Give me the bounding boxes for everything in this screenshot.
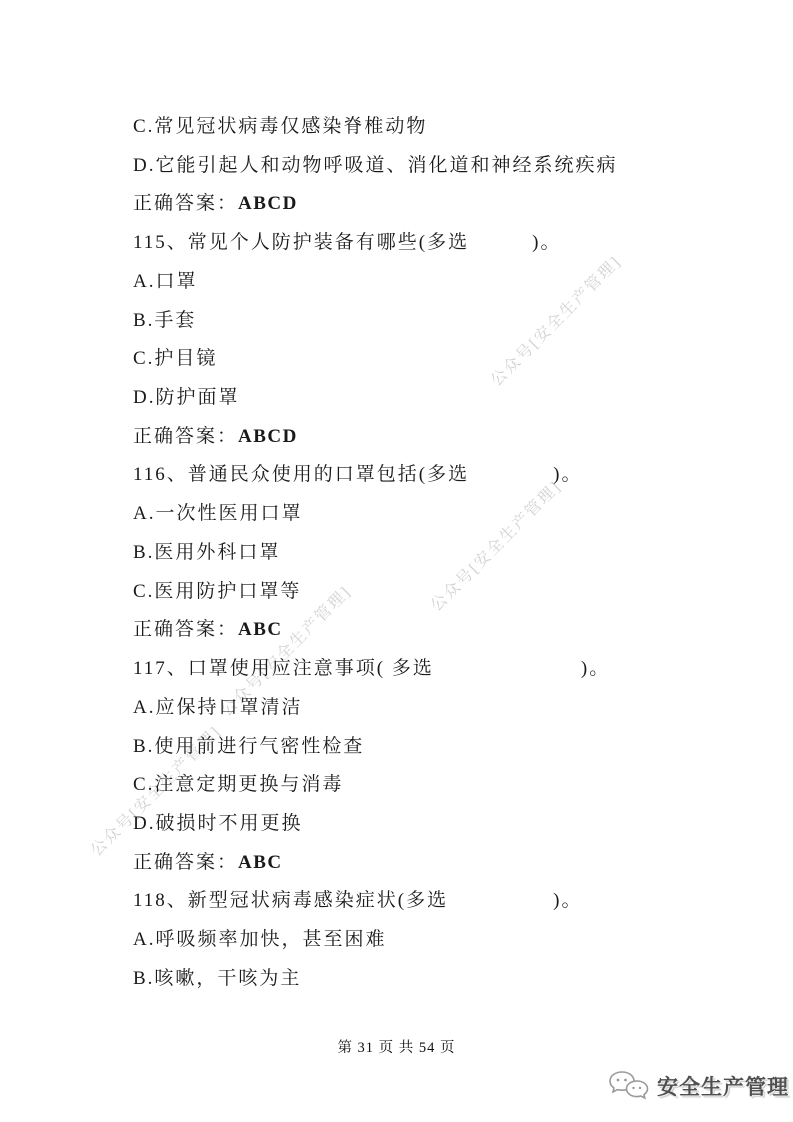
text-line-text: A.应保持口罩清洁 <box>133 697 302 718</box>
text-line: B.使用前进行气密性检查 <box>133 736 364 758</box>
text-line: 正确答案：ABC <box>133 619 283 641</box>
answer-value: ABCD <box>238 426 298 447</box>
text-line: C.常见冠状病毒仅感染脊椎动物 <box>133 116 427 138</box>
text-line-text: D.破损时不用更换 <box>133 813 302 834</box>
text-line: 正确答案：ABCD <box>133 193 298 215</box>
text-line: A.口罩 <box>133 271 197 293</box>
text-line-text: A.一次性医用口罩 <box>133 503 302 524</box>
text-line-text: 正确答案： <box>133 193 238 214</box>
text-line-text: 115、常见个人防护装备有哪些(多选 )。 <box>133 232 561 253</box>
text-line: C.注意定期更换与消毒 <box>133 774 343 796</box>
text-line-text: B.咳嗽，干咳为主 <box>133 968 301 989</box>
text-line: D.破损时不用更换 <box>133 813 302 835</box>
page-number: 第 31 页 共 54 页 <box>0 1036 793 1057</box>
brand-name: 安全生产管理 <box>657 1071 789 1101</box>
text-line-text: B.医用外科口罩 <box>133 542 280 563</box>
text-line: B.医用外科口罩 <box>133 542 280 564</box>
answer-value: ABC <box>238 852 283 873</box>
answer-value: ABCD <box>238 193 298 214</box>
text-line: D.它能引起人和动物呼吸道、消化道和神经系统疾病 <box>133 155 617 177</box>
text-line-text: A.口罩 <box>133 271 197 292</box>
answer-value: ABC <box>238 619 283 640</box>
text-line: C.医用防护口罩等 <box>133 581 301 603</box>
watermark-text: 公众号[安全生产管理] <box>484 249 625 390</box>
text-line-text: C.医用防护口罩等 <box>133 581 301 602</box>
text-line: A.应保持口罩清洁 <box>133 697 302 719</box>
text-line-text: 正确答案： <box>133 426 238 447</box>
text-line: A.一次性医用口罩 <box>133 503 302 525</box>
text-line: 正确答案：ABC <box>133 852 283 874</box>
text-line-text: D.它能引起人和动物呼吸道、消化道和神经系统疾病 <box>133 155 617 176</box>
wechat-bubbles-icon <box>608 1069 650 1103</box>
text-line-text: 116、普通民众使用的口罩包括(多选 )。 <box>133 464 582 485</box>
text-line: A.呼吸频率加快，甚至困难 <box>133 929 386 951</box>
text-line-text: 正确答案： <box>133 619 238 640</box>
document-page: 公众号[安全生产管理] 公众号[安全生产管理] 公众号[安全生产管理] 公众号[… <box>0 0 793 1122</box>
text-line: 正确答案：ABCD <box>133 426 298 448</box>
text-line-text: C.注意定期更换与消毒 <box>133 774 343 795</box>
text-line: B.咳嗽，干咳为主 <box>133 968 301 990</box>
text-line-text: A.呼吸频率加快，甚至困难 <box>133 929 386 950</box>
text-line: 116、普通民众使用的口罩包括(多选 )。 <box>133 464 582 486</box>
text-line-text: B.使用前进行气密性检查 <box>133 736 364 757</box>
text-line-text: D.防护面罩 <box>133 387 239 408</box>
text-line-text: B.手套 <box>133 310 196 331</box>
text-line: 117、口罩使用应注意事项( 多选 )。 <box>133 658 610 680</box>
brand-logo: 安全生产管理 <box>608 1068 789 1104</box>
text-line: 115、常见个人防护装备有哪些(多选 )。 <box>133 232 561 254</box>
text-line: 118、新型冠状病毒感染症状(多选 )。 <box>133 890 582 912</box>
text-line-text: 118、新型冠状病毒感染症状(多选 )。 <box>133 890 582 911</box>
text-line-text: 117、口罩使用应注意事项( 多选 )。 <box>133 658 610 679</box>
text-line: B.手套 <box>133 310 196 332</box>
text-line: D.防护面罩 <box>133 387 239 409</box>
text-line-text: C.护目镜 <box>133 348 217 369</box>
text-line: C.护目镜 <box>133 348 217 370</box>
text-line-text: C.常见冠状病毒仅感染脊椎动物 <box>133 116 427 137</box>
watermark-text: 公众号[安全生产管理] <box>424 474 565 615</box>
text-line-text: 正确答案： <box>133 852 238 873</box>
